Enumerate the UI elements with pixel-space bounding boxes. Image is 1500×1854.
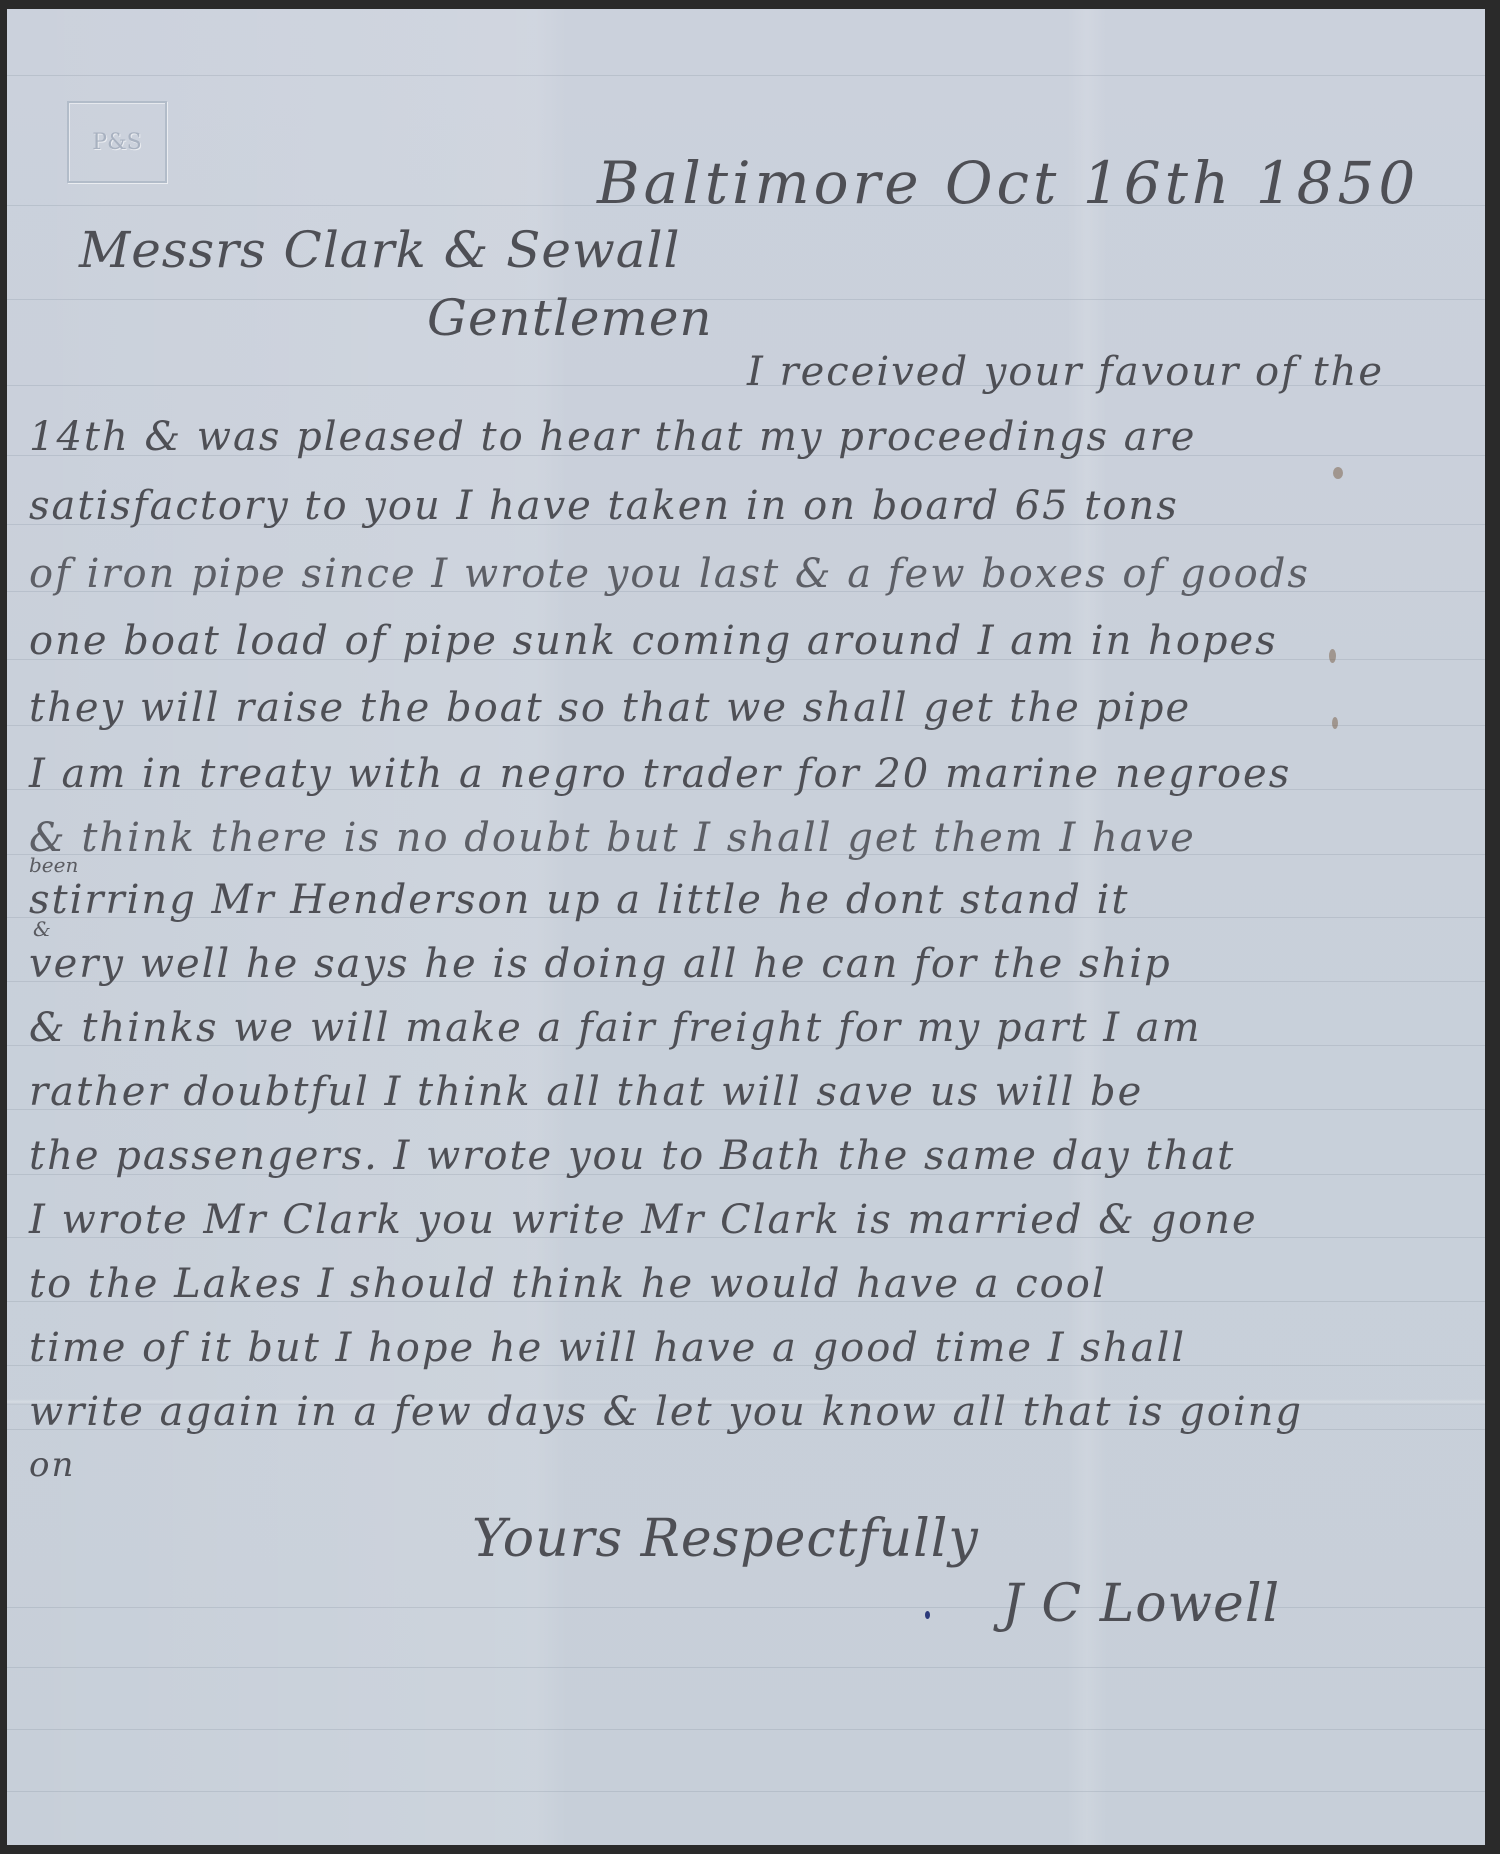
stain bbox=[1333, 467, 1343, 479]
body-line: write again in a few days & let you know… bbox=[29, 1389, 1303, 1435]
body-line: one boat load of pipe sunk coming around… bbox=[29, 618, 1278, 664]
salutation: Gentlemen bbox=[427, 289, 713, 347]
body-line: I am in treaty with a negro trader for 2… bbox=[29, 751, 1291, 797]
interlinear-note: & bbox=[33, 917, 51, 941]
closing: Yours Respectfully bbox=[472, 1509, 979, 1569]
body-line: time of it but I hope he will have a goo… bbox=[29, 1325, 1186, 1371]
signature: J C Lowell bbox=[1002, 1574, 1280, 1634]
stain bbox=[1329, 649, 1336, 663]
opening-line: I received your favour of the bbox=[747, 349, 1384, 395]
body-line: & thinks we will make a fair freight for… bbox=[29, 1005, 1202, 1051]
addressee: Messrs Clark & Sewall bbox=[79, 221, 681, 279]
body-line: the passengers. I wrote you to Bath the … bbox=[29, 1133, 1235, 1179]
interlinear-note: been bbox=[29, 853, 78, 877]
ruled-line bbox=[7, 1791, 1485, 1792]
body-line: & think there is no doubt but I shall ge… bbox=[29, 815, 1196, 861]
letter-page: P&S Baltimore Oct 16th 1850 Messrs Clark… bbox=[7, 9, 1485, 1845]
place-date: Baltimore Oct 16th 1850 bbox=[597, 149, 1419, 217]
body-line: on bbox=[29, 1445, 75, 1485]
ruled-line bbox=[7, 1667, 1485, 1668]
ruled-line bbox=[7, 299, 1485, 300]
body-line: rather doubtful I think all that will sa… bbox=[29, 1069, 1143, 1115]
body-line: of iron pipe since I wrote you last & a … bbox=[29, 551, 1310, 597]
body-line: they will raise the boat so that we shal… bbox=[29, 685, 1191, 731]
body-line: I wrote Mr Clark you write Mr Clark is m… bbox=[29, 1197, 1258, 1243]
ruled-line bbox=[7, 1729, 1485, 1730]
ruled-line bbox=[7, 75, 1485, 76]
embossed-stamp: P&S bbox=[67, 101, 167, 183]
body-line: satisfactory to you I have taken in on b… bbox=[29, 483, 1179, 529]
body-line: 14th & was pleased to hear that my proce… bbox=[29, 414, 1196, 460]
body-line: to the Lakes I should think he would hav… bbox=[29, 1261, 1107, 1307]
body-line: very well he says he is doing all he can… bbox=[29, 941, 1172, 987]
body-line: stirring Mr Henderson up a little he don… bbox=[29, 877, 1129, 923]
stain bbox=[1332, 717, 1338, 729]
ink-spot bbox=[925, 1611, 930, 1619]
